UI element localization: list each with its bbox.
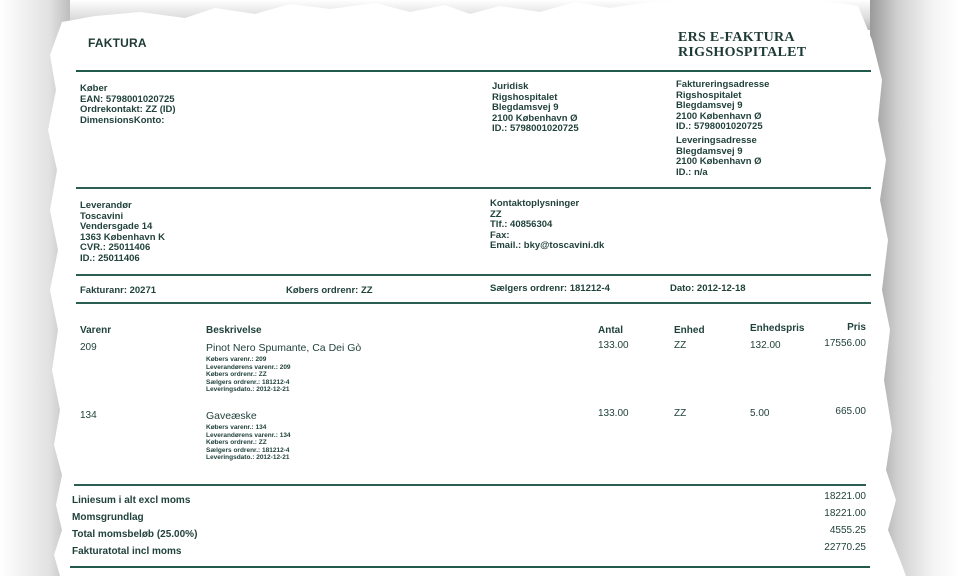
buyer-line: Ordrekontakt: ZZ (ID) [80,105,176,116]
divider-addresses [76,187,871,189]
row1-detail-line: Købers ordrenr.: ZZ [206,371,291,379]
total-label-grand-total: Fakturatotal incl moms [72,546,181,557]
delivery-line: 2100 København Ø [676,157,762,168]
row2-detail-line: Købers ordrenr.: ZZ [206,439,291,447]
row2-price: 665.00 [800,406,866,417]
divider-bottom [70,566,870,568]
row2-unit: ZZ [674,408,686,419]
row1-item-no: 209 [80,342,97,353]
row1-detail-line: Leverandørens varenr.: 209 [206,364,291,372]
contact-heading: Kontaktoplysninger [490,199,604,210]
buyer-order-number: Købers ordrenr: ZZ [286,285,373,296]
seller-order-number: Sælgers ordrenr: 181212-4 [490,283,610,294]
invoice-number: Fakturanr: 20271 [80,285,156,296]
row1-detail-line: Leveringsdato.: 2012-12-21 [206,386,291,394]
col-header-description: Beskrivelse [206,325,262,336]
col-header-unit-price: Enhedspris [750,323,804,334]
divider-meta [76,302,871,304]
supplier-line: CVR.: 25011406 [80,243,165,254]
issuer-title-line2: RIGSHOSPITALET [678,45,806,60]
torn-invoice-paper: FAKTURA ERS E-FAKTURA RIGSHOSPITALET Køb… [0,0,960,576]
row1-unit-price: 132.00 [750,340,781,351]
total-label-line-sum: Liniesum i alt excl moms [72,495,190,506]
total-label-vat-amount: Total momsbeløb (25.00%) [72,529,197,540]
row1-price: 17556.00 [800,338,866,349]
legal-heading: Juridisk [492,82,579,93]
row2-detail-line: Leveringsdato.: 2012-12-21 [206,454,291,462]
legal-block: Juridisk Rigshospitalet Blegdamsvej 9 21… [492,82,579,135]
billing-block: Faktureringsadresse Rigshospitalet Blegd… [676,80,769,133]
col-header-unit: Enhed [674,325,705,336]
row2-unit-price: 5.00 [750,408,769,419]
total-value-line-sum: 18221.00 [786,491,866,502]
row1-quantity: 133.00 [598,340,629,351]
divider-party [76,274,871,276]
total-value-vat-base: 18221.00 [786,508,866,519]
row1-detail-line: Købers varenr.: 209 [206,356,291,364]
total-label-vat-base: Momsgrundlag [72,512,144,523]
col-header-item-no: Varenr [80,325,111,336]
buyer-line: DimensionsKonto: [80,116,176,127]
supplier-line: Vendersgade 14 [80,222,165,233]
row1-details: Købers varenr.: 209 Leverandørens varenr… [206,356,291,394]
issuer-title-line1: ERS E-FAKTURA [678,30,806,45]
total-value-vat-amount: 4555.25 [786,525,866,536]
row1-detail-line: Sælgers ordrenr.: 181212-4 [206,379,291,387]
row2-detail-line: Købers varenr.: 134 [206,424,291,432]
divider-top [76,70,871,72]
row2-description: Gaveæske [206,410,257,422]
row2-item-no: 134 [80,410,97,421]
invoice-date: Dato: 2012-12-18 [670,283,746,294]
col-header-price: Pris [800,322,866,333]
delivery-line: ID.: n/a [676,168,762,179]
row2-details: Købers varenr.: 134 Leverandørens varenr… [206,424,291,462]
invoice-title: FAKTURA [88,36,147,50]
issuer-title: ERS E-FAKTURA RIGSHOSPITALET [678,30,806,60]
total-value-grand-total: 22770.25 [786,542,866,553]
delivery-block: Leveringsadresse Blegdamsvej 9 2100 Købe… [676,136,762,178]
legal-line: ID.: 5798001020725 [492,124,579,135]
row2-quantity: 133.00 [598,408,629,419]
row2-detail-line: Sælgers ordrenr.: 181212-4 [206,447,291,455]
billing-heading: Faktureringsadresse [676,80,769,91]
divider-totals [74,484,866,486]
supplier-heading: Leverandør [80,201,165,212]
contact-block: Kontaktoplysninger ZZ Tlf.: 40856304 Fax… [490,199,604,252]
row1-unit: ZZ [674,340,686,351]
row1-description: Pinot Nero Spumante, Ca Dei Gò [206,342,361,354]
legal-line: Blegdamsvej 9 [492,103,579,114]
invoice-document: FAKTURA ERS E-FAKTURA RIGSHOSPITALET Køb… [0,0,960,576]
supplier-block: Leverandør Toscavini Vendersgade 14 1363… [80,201,165,264]
buyer-block: Køber EAN: 5798001020725 Ordrekontakt: Z… [80,84,176,126]
billing-line: ID.: 5798001020725 [676,122,769,133]
supplier-line: ID.: 25011406 [80,254,165,265]
billing-line: Blegdamsvej 9 [676,101,769,112]
contact-line: Tlf.: 40856304 [490,220,604,231]
col-header-quantity: Antal [598,325,623,336]
contact-line: Email.: bky@toscavini.dk [490,241,604,252]
row2-detail-line: Leverandørens varenr.: 134 [206,432,291,440]
buyer-heading: Køber [80,84,176,95]
delivery-heading: Leveringsadresse [676,136,762,147]
